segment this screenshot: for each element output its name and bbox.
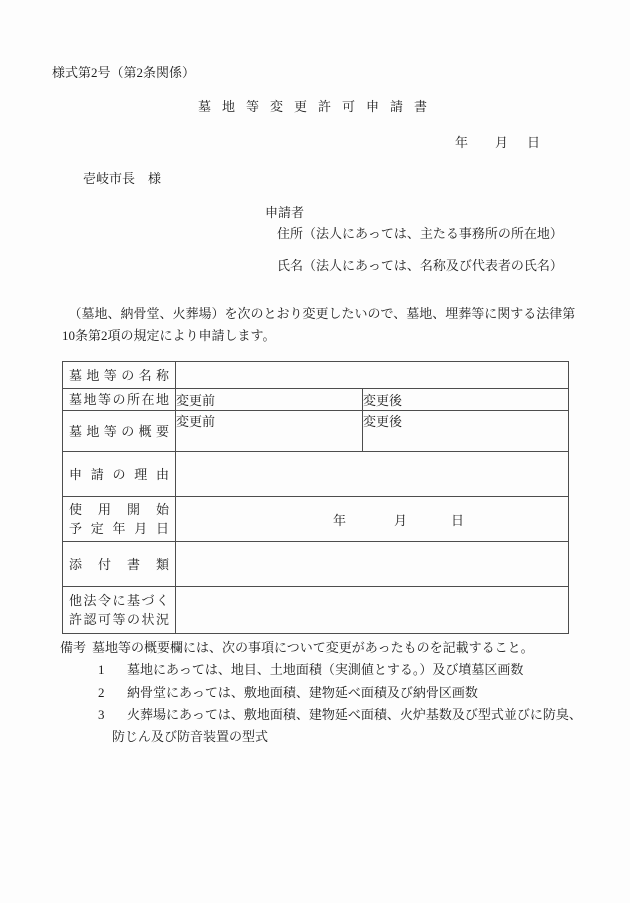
row-label-cell: 墓地等の名称 [63,362,176,389]
location-after-cell: 変更後 [363,389,569,411]
row-label-start-date-line-1: 使用開始 [69,500,169,519]
row-label-attachments: 添付書類 [69,555,169,574]
row-label-outline: 墓地等の概要 [69,422,169,441]
other-permits-value-cell [176,587,569,634]
remarks-item-3-number: 3 [98,704,127,726]
date-year-label: 年 [455,135,468,150]
reason-value-cell [176,452,569,497]
date-line: 年月日 [455,132,540,151]
intro-paragraph-line-1: （墓地、納骨堂、火葬場）を次のとおり変更したいので、墓地、埋葬等に関する法律第 [62,303,575,325]
row-label-other-permits-line-2: 許認可等の状況 [69,610,169,629]
page-title: 墓地等変更許可申請書 [198,96,438,115]
remarks-section: 備考墓地等の概要欄には、次の事項について変更があったものを記載すること。 1墓地… [60,637,582,748]
applicant-address-line: 住所（法人にあっては、主たる事務所の所在地） [277,223,563,242]
row-label-name: 墓地等の名称 [69,366,169,385]
row-label-cell: 使用開始 予定年月日 [63,497,176,542]
name-value-cell [176,362,569,389]
remarks-item-3-text: 火葬場にあっては、敷地面積、建物延べ面積、火炉基数及び型式並びに防臭、 [127,707,582,722]
before-change-label: 変更前 [176,393,215,408]
remarks-item-1-text: 墓地にあっては、地目、土地面積（実測値とする。）及び墳墓区画数 [127,662,523,677]
application-form-page: 様式第2号（第2条関係） 墓地等変更許可申請書 年月日 壱岐市長 様 申請者 住… [0,0,630,903]
table-row-outline: 墓地等の概要 変更前 変更後 [63,411,569,452]
outline-before-cell: 変更前 [176,411,363,452]
row-label-cell: 添付書類 [63,542,176,587]
remarks-item-2-text: 納骨堂にあっては、敷地面積、建物延べ面積及び納骨区画数 [127,685,478,700]
addressee: 壱岐市長 様 [83,168,161,187]
before-change-label: 変更前 [176,414,215,429]
table-row-other-permits: 他法令に基づく 許認可等の状況 [63,587,569,634]
attachments-value-cell [176,542,569,587]
intro-paragraph: （墓地、納骨堂、火葬場）を次のとおり変更したいので、墓地、埋葬等に関する法律第 … [62,303,575,348]
intro-paragraph-line-2: 10条第2項の規定により申請します。 [62,325,575,347]
after-change-label: 変更後 [363,414,402,429]
remarks-item-2-number: 2 [98,682,127,704]
remarks-intro-line: 備考墓地等の概要欄には、次の事項について変更があったものを記載すること。 [60,637,582,659]
applicant-label: 申請者 [265,202,304,221]
start-date-value-cell: 年月日 [176,497,569,542]
table-row-reason: 申請の理由 [63,452,569,497]
year-label: 年 [333,513,346,528]
start-date-placeholder: 年月日 [176,510,568,529]
date-day-label: 日 [527,135,540,150]
remarks-item-1: 1墓地にあっては、地目、土地面積（実測値とする。）及び墳墓区画数 [98,659,582,681]
table-row-start-date: 使用開始 予定年月日 年月日 [63,497,569,542]
row-label-cell: 他法令に基づく 許認可等の状況 [63,587,176,634]
application-table: 墓地等の名称 墓地等の所在地 変更前 変更後 墓地等の概要 [62,361,569,634]
row-label-cell: 墓地等の概要 [63,411,176,452]
row-label-reason: 申請の理由 [69,465,169,484]
remarks-label: 備考 [60,640,86,655]
location-before-cell: 変更前 [176,389,363,411]
row-label-cell: 墓地等の所在地 [63,389,176,411]
month-label: 月 [394,513,407,528]
applicant-name-line: 氏名（法人にあっては、名称及び代表者の氏名） [277,255,563,274]
remarks-item-2: 2納骨堂にあっては、敷地面積、建物延べ面積及び納骨区画数 [98,682,582,704]
row-label-cell: 申請の理由 [63,452,176,497]
remarks-item-1-number: 1 [98,659,127,681]
row-label-location: 墓地等の所在地 [69,390,169,409]
remarks-item-3-continuation: 防じん及び防音装置の型式 [112,726,582,748]
date-month-label: 月 [495,135,508,150]
table-row-location: 墓地等の所在地 変更前 変更後 [63,389,569,411]
form-number: 様式第2号（第2条関係） [52,62,195,81]
outline-after-cell: 変更後 [363,411,569,452]
day-label: 日 [451,513,464,528]
table-row-name: 墓地等の名称 [63,362,569,389]
table-row-attachments: 添付書類 [63,542,569,587]
row-label-other-permits-line-1: 他法令に基づく [69,591,169,610]
remarks-intro-text: 墓地等の概要欄には、次の事項について変更があったものを記載すること。 [92,640,534,655]
remarks-item-3: 3火葬場にあっては、敷地面積、建物延べ面積、火炉基数及び型式並びに防臭、 [98,704,582,726]
after-change-label: 変更後 [363,393,402,408]
row-label-start-date-line-2: 予定年月日 [69,519,169,538]
